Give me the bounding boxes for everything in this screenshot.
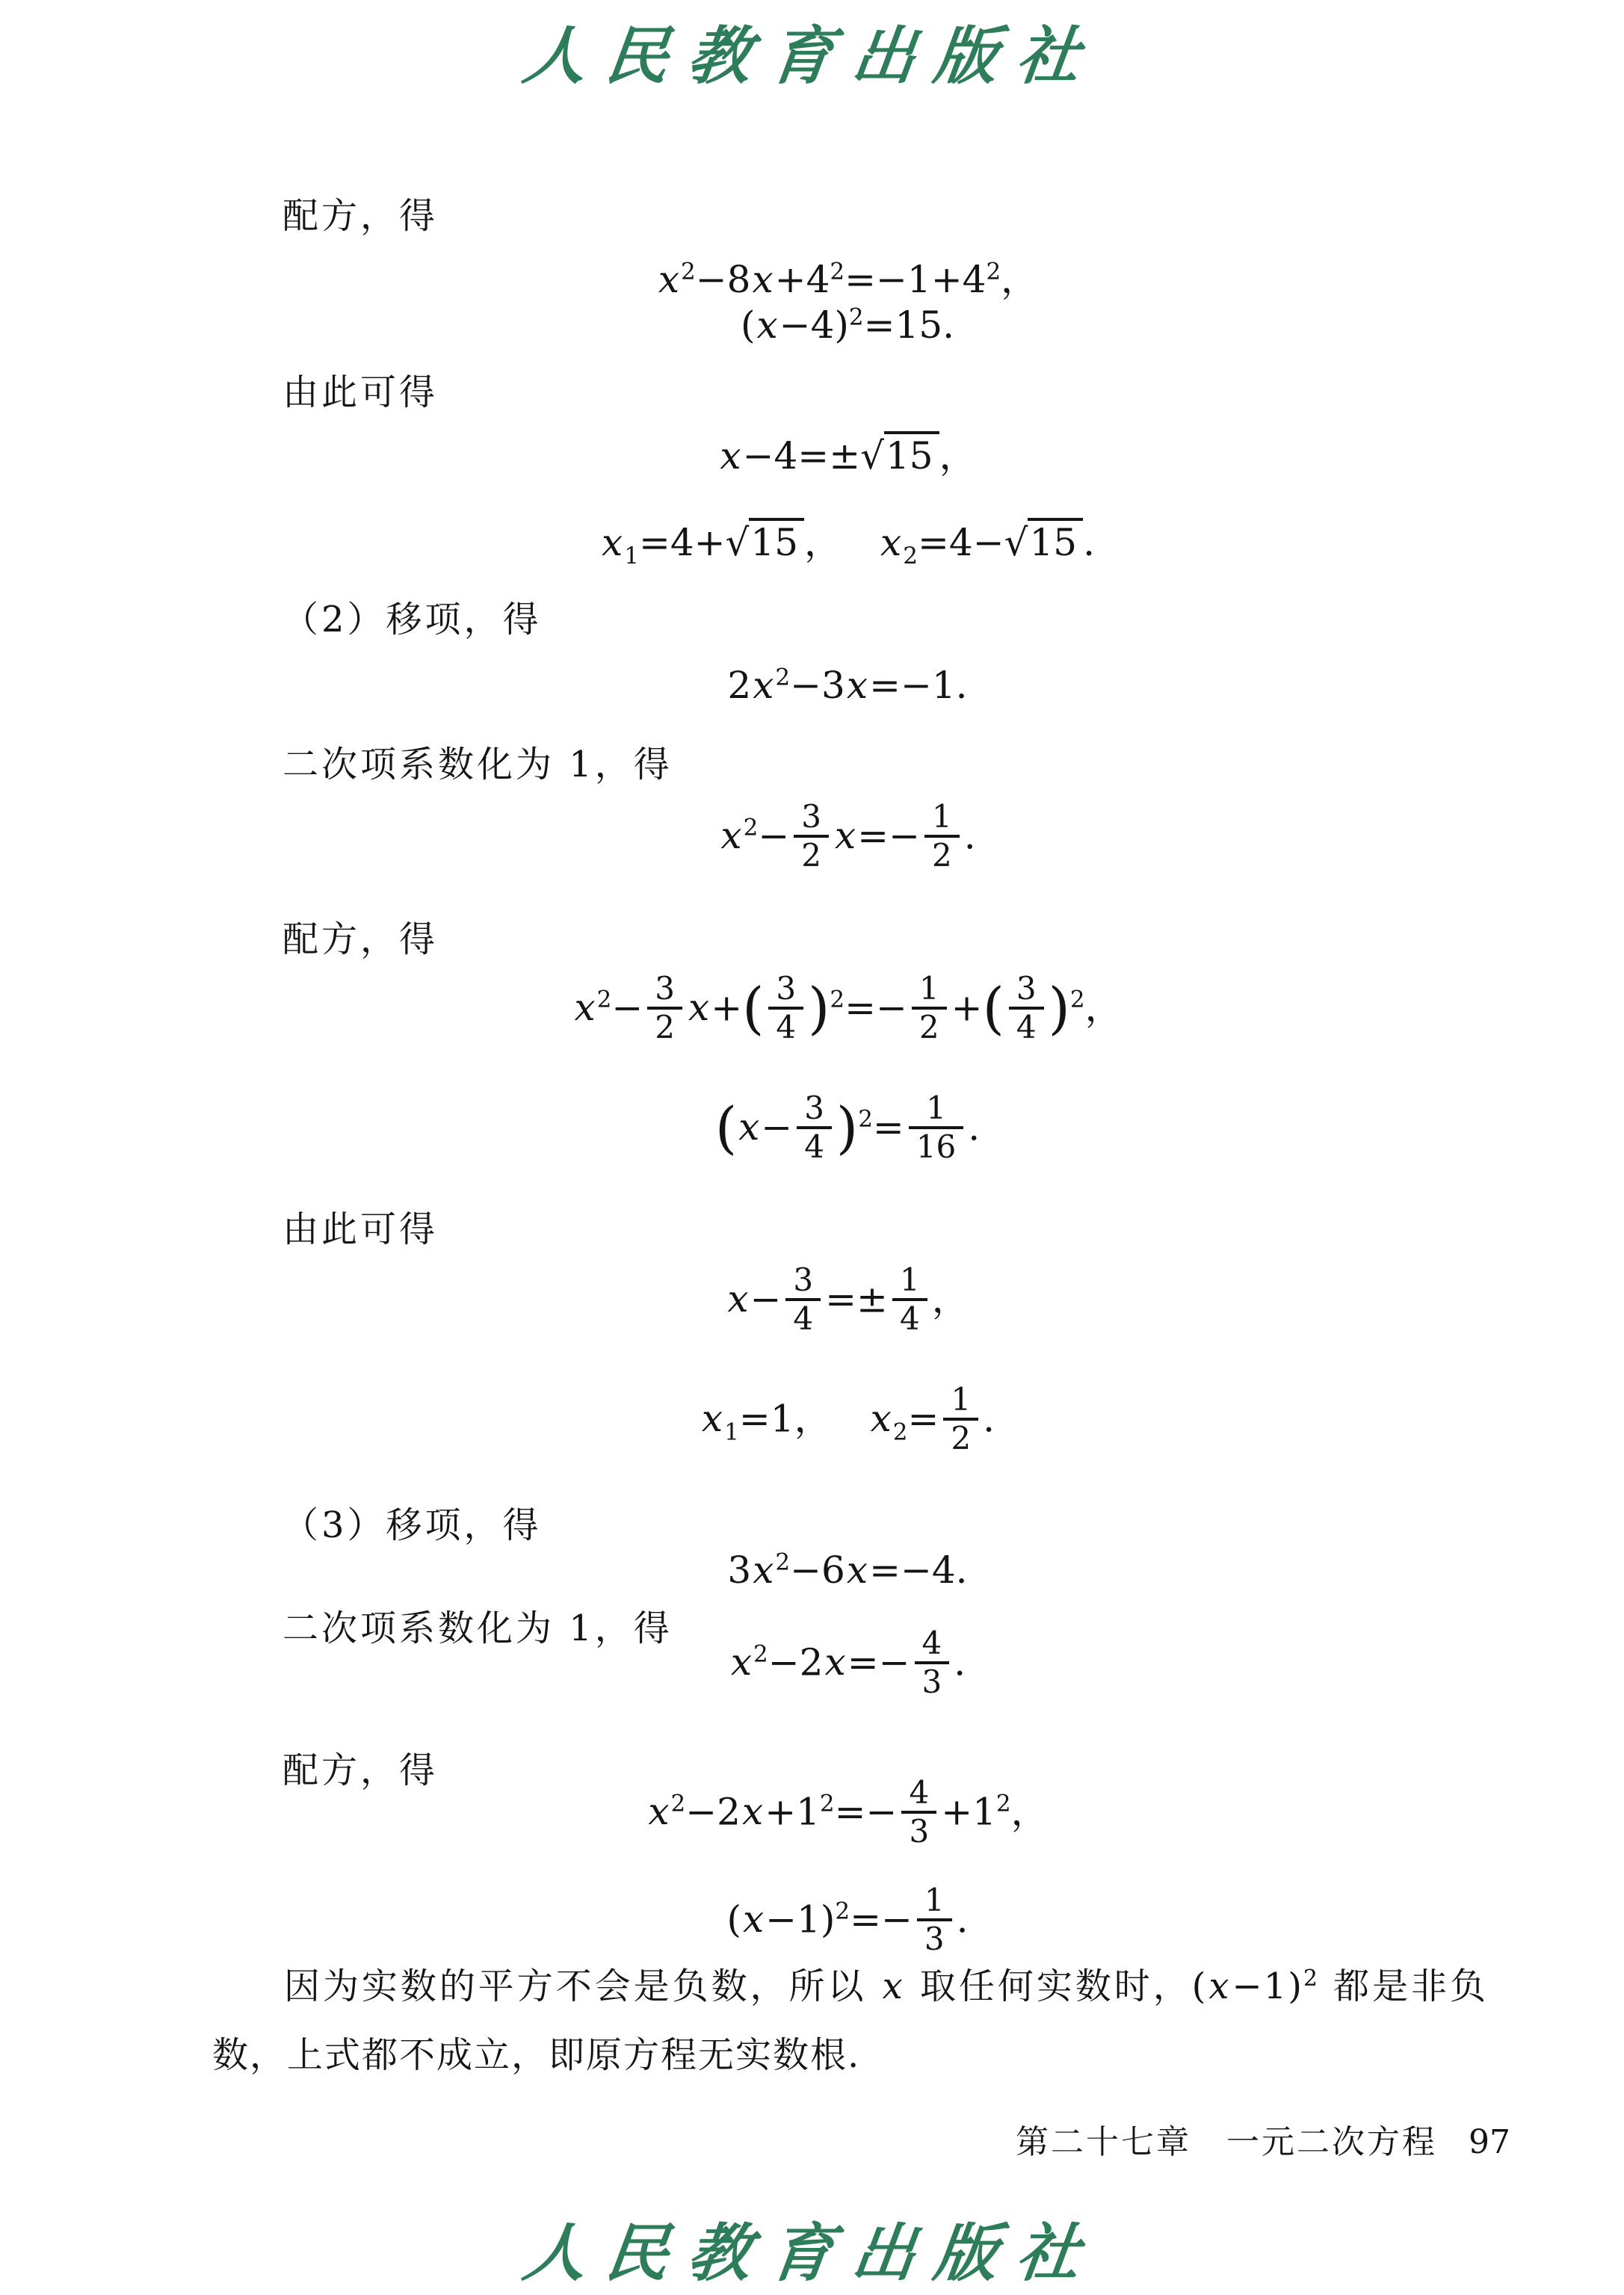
equation-12: x2−2x=−43. [212, 1628, 1483, 1703]
publisher-logo-bottom: 人民教育出版社 [0, 2203, 1624, 2294]
step-label-complete-square-1: 配方，得 [282, 187, 438, 238]
step-label-complete-square-2: 配方，得 [282, 910, 438, 962]
equation-4: x1=4+√15， x2=4−√15. [212, 513, 1483, 566]
chapter-title: 第二十七章 一元二次方程 [1016, 2123, 1437, 2161]
equation-7: x2−32x+(34)2=−12+(34)2， [212, 973, 1483, 1048]
page-footer: 第二十七章 一元二次方程97 [1016, 2115, 1510, 2163]
equation-6: x2−32x=−12. [212, 801, 1483, 877]
equation-11: 3x2−6x=−4. [212, 1548, 1483, 1592]
step-label-therefore-2: 由此可得 [282, 1200, 438, 1252]
publisher-logo-top: 人民教育出版社 [0, 6, 1624, 96]
step-label-transpose-3: （3）移项，得 [282, 1496, 542, 1548]
equation-10: x1=1， x2=12. [212, 1384, 1483, 1460]
textbook-page: 人民教育出版社 配方，得 x2−8x+42=−1+42， (x−4)2=15. … [0, 0, 1624, 2295]
step-label-transpose-2: （2）移项，得 [282, 590, 542, 642]
step-label-therefore-1: 由此可得 [282, 363, 438, 415]
equation-13: x2−2x+12=−43+12， [212, 1777, 1483, 1853]
equation-9: x−34=±14， [212, 1264, 1483, 1340]
page-number: 97 [1469, 2123, 1510, 2161]
equation-5: 2x2−3x=−1. [212, 664, 1483, 707]
equation-14: (x−1)2=−13. [212, 1885, 1483, 1960]
step-label-normalize-2: 二次项系数化为 1，得 [282, 735, 673, 787]
solution-conclusion-paragraph: 因为实数的平方不会是负数，所以 x 取任何实数时，(x−1)2 都是非负数，上式… [212, 1952, 1487, 2089]
equation-3: x−4=±√15， [212, 426, 1483, 480]
equation-1: x2−8x+42=−1+42， [212, 250, 1483, 303]
equation-2: (x−4)2=15. [212, 303, 1483, 347]
equation-8: (x−34)2=116. [212, 1093, 1483, 1168]
